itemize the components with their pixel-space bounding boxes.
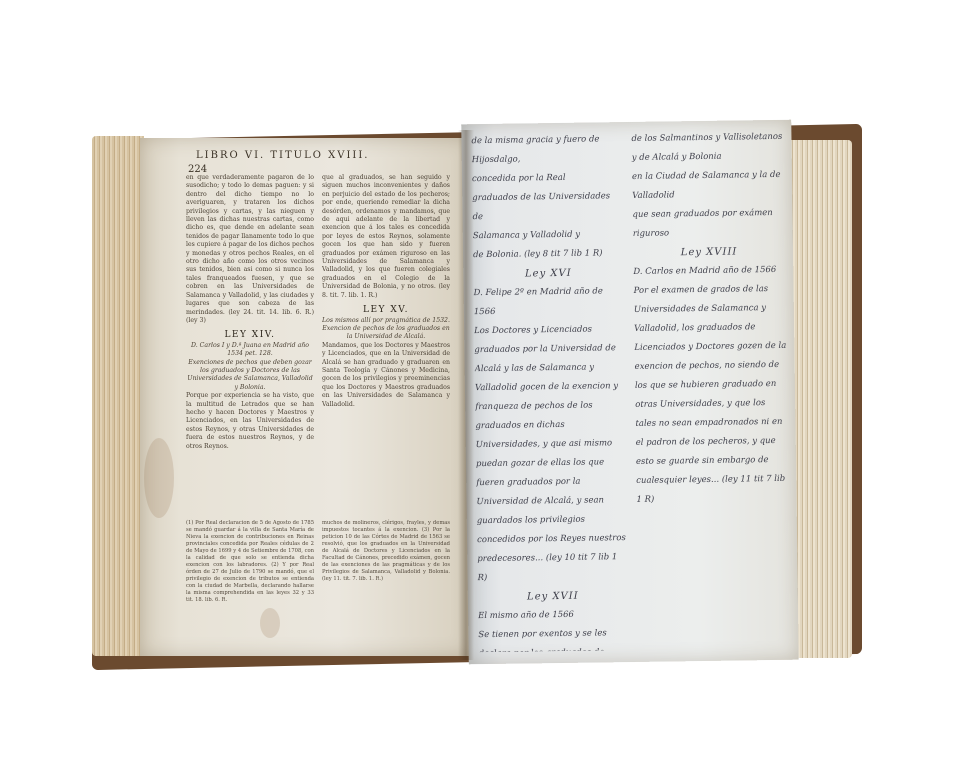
manuscript-line: de la misma gracia y fuero de Hijosdalgo… <box>471 130 622 170</box>
law-source: D. Carlos I y D.ª Juana en Madrid año 15… <box>186 342 314 359</box>
manuscript-line: en la Ciudad de Salamanca y la de Vallad… <box>632 166 785 206</box>
manuscript-line: Salamanca y Valladolid y <box>473 225 623 246</box>
manuscript-line: que sean graduados por exámen riguroso <box>632 204 785 244</box>
law-date: El mismo año de 1566 <box>478 605 628 626</box>
book-gutter <box>458 130 474 660</box>
law-date: D. Felipe 2º en Madrid año de 1566 <box>473 282 624 322</box>
law-heading: LEY XV. <box>322 306 450 314</box>
law-subtitle: Exencion de pechos de los graduados en l… <box>322 325 450 342</box>
printed-page: 224 LIBRO VI. TITULO XVIII. en que verda… <box>140 138 470 656</box>
page-edges-right <box>790 140 852 658</box>
page-edges-left <box>92 136 144 656</box>
footnotes-a: (1) Por Real declaracion de 5 de Agosto … <box>186 520 314 604</box>
text-column-a: en que verdaderamente pagaron de lo suso… <box>186 174 314 514</box>
body-text: que al graduados, se han seguido y sigue… <box>322 174 450 300</box>
law-date: D. Carlos en Madrid año de 1566 <box>633 261 785 282</box>
age-stain <box>144 438 174 518</box>
handwritten-column-b: de los Salmantinos y Vallisoletanos y de… <box>631 128 790 650</box>
body-text: Porque por experiencia se ha visto, que … <box>186 392 314 451</box>
open-book: 224 LIBRO VI. TITULO XVIII. en que verda… <box>0 0 968 768</box>
law-heading: Ley XVII <box>478 586 628 607</box>
manuscript-line: y de Alcalá y Bolonia <box>632 147 784 168</box>
manuscript-text: Por el examen de grados de las Universid… <box>633 280 788 510</box>
manuscript-text: Se tienen por exentos y se les declara p… <box>478 624 628 652</box>
text-column-b: que al graduados, se han seguido y sigue… <box>322 174 450 514</box>
body-text: en que verdaderamente pagaron de lo suso… <box>186 174 314 325</box>
law-subtitle: Exenciones de pechos que deben gozar los… <box>186 359 314 393</box>
law-heading: Ley XVIII <box>633 242 785 263</box>
manuscript-line: de Bolonia. (ley 8 tit 7 lib 1 R) <box>473 244 623 265</box>
law-heading: LEY XIV. <box>186 331 314 339</box>
handwritten-page: de la misma gracia y fuero de Hijosdalgo… <box>461 120 799 665</box>
manuscript-line: concedida por la Real <box>472 168 622 189</box>
footnotes-b: muchos de molineros, clérigos, frayles, … <box>322 520 450 583</box>
law-source: Los mismos allí por pragmática de 1532. <box>322 317 450 325</box>
age-stain <box>260 608 280 638</box>
handwritten-column-a: de la misma gracia y fuero de Hijosdalgo… <box>471 130 628 652</box>
body-text: Mandamos, que los Doctores y Maestros y … <box>322 342 450 409</box>
manuscript-line: de los Salmantinos y Vallisoletanos <box>631 128 783 149</box>
running-head: LIBRO VI. TITULO XVIII. <box>196 150 369 161</box>
manuscript-line: graduados de las Universidades de <box>472 187 623 227</box>
law-heading: Ley XVI <box>473 263 623 284</box>
manuscript-text: Los Doctores y Licenciados graduados por… <box>474 320 628 588</box>
